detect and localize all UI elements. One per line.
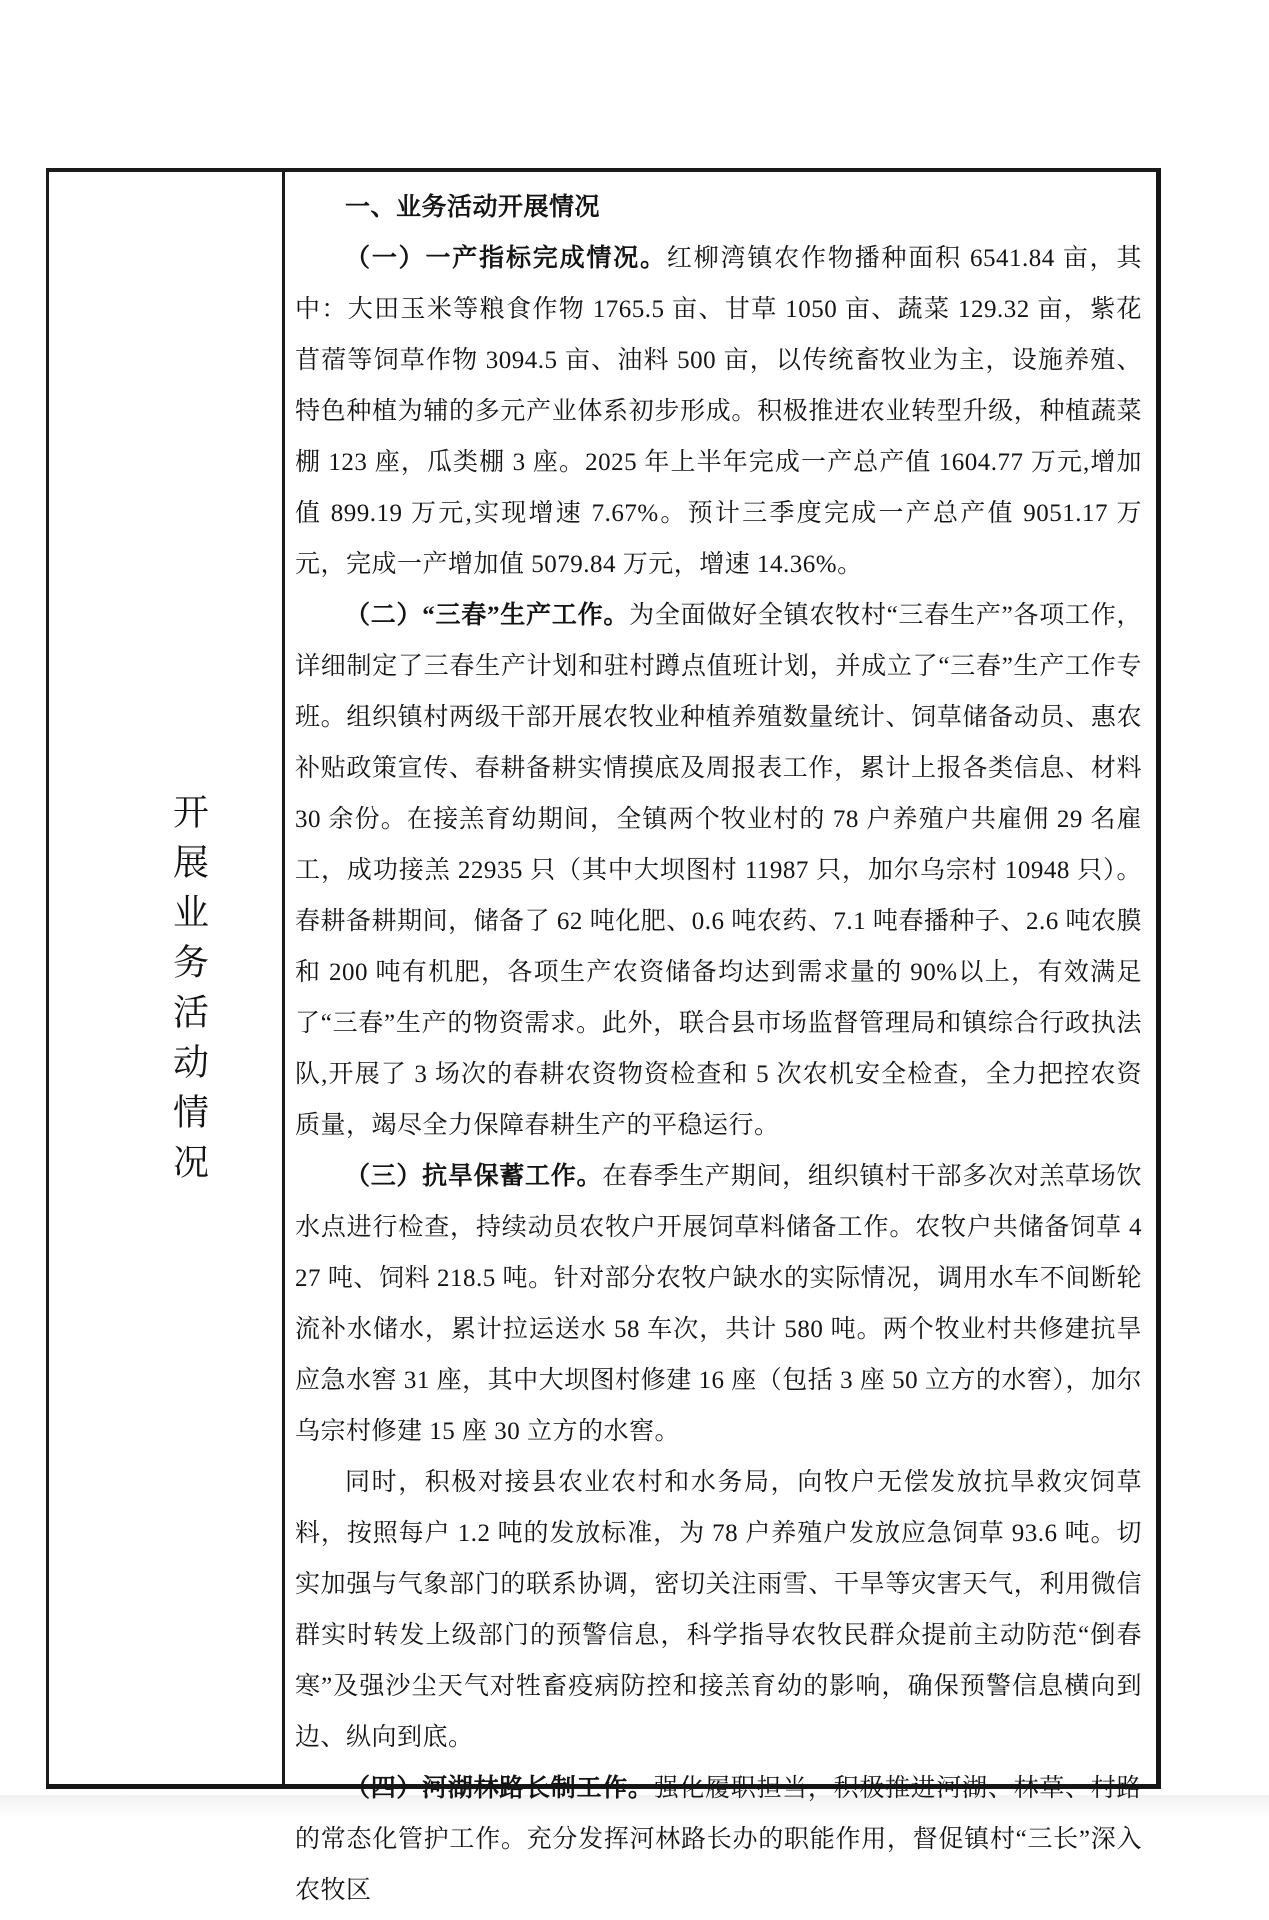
paragraph-text: 红柳湾镇农作物播种面积 6541.84 亩，其中：大田玉米等粮食作物 1765.… <box>295 245 1142 578</box>
report-table: 开展业务活动情况 一、业务活动开展情况 （一）一产指标完成情况。红柳湾镇农作物播… <box>46 168 1161 1789</box>
content-cell: 一、业务活动开展情况 （一）一产指标完成情况。红柳湾镇农作物播种面积 6541.… <box>285 172 1156 1784</box>
paragraph: （二）“三春”生产工作。为全面做好全镇农牧村“三春生产”各项工作，详细制定了三春… <box>295 590 1142 1151</box>
row-header-label: 开展业务活动情况 <box>171 793 207 1193</box>
paragraph-list: （一）一产指标完成情况。红柳湾镇农作物播种面积 6541.84 亩，其中：大田玉… <box>295 233 1142 1916</box>
paragraph: （三）抗旱保蓄工作。在春季生产期间，组织镇村干部多次对羔草场饮水点进行检查，持续… <box>295 1151 1142 1457</box>
paragraph-text: 在春季生产期间，组织镇村干部多次对羔草场饮水点进行检查，持续动员农牧户开展饲草料… <box>295 1163 1142 1445</box>
paragraph: （一）一产指标完成情况。红柳湾镇农作物播种面积 6541.84 亩，其中：大田玉… <box>295 233 1142 590</box>
row-header-cell: 开展业务活动情况 <box>49 172 285 1784</box>
paragraph-lead: （四）河湖林路长制工作。 <box>345 1775 654 1802</box>
section-heading: 一、业务活动开展情况 <box>295 182 1142 233</box>
paragraph: （四）河湖林路长制工作。强化履职担当，积极推进河湖、林草、村路的常态化管护工作。… <box>295 1763 1142 1916</box>
paragraph-lead: （三）抗旱保蓄工作。 <box>345 1163 602 1190</box>
paragraph: 同时，积极对接县农业农村和水务局，向牧户无偿发放抗旱救灾饲草料，按照每户 1.2… <box>295 1457 1142 1763</box>
paragraph-text: 为全面做好全镇农牧村“三春生产”各项工作，详细制定了三春生产计划和驻村蹲点值班计… <box>295 602 1142 1139</box>
paragraph-text: 同时，积极对接县农业农村和水务局，向牧户无偿发放抗旱救灾饲草料，按照每户 1.2… <box>295 1469 1142 1751</box>
paragraph-lead: （一）一产指标完成情况。 <box>345 245 667 272</box>
paragraph-lead: （二）“三春”生产工作。 <box>345 602 629 629</box>
